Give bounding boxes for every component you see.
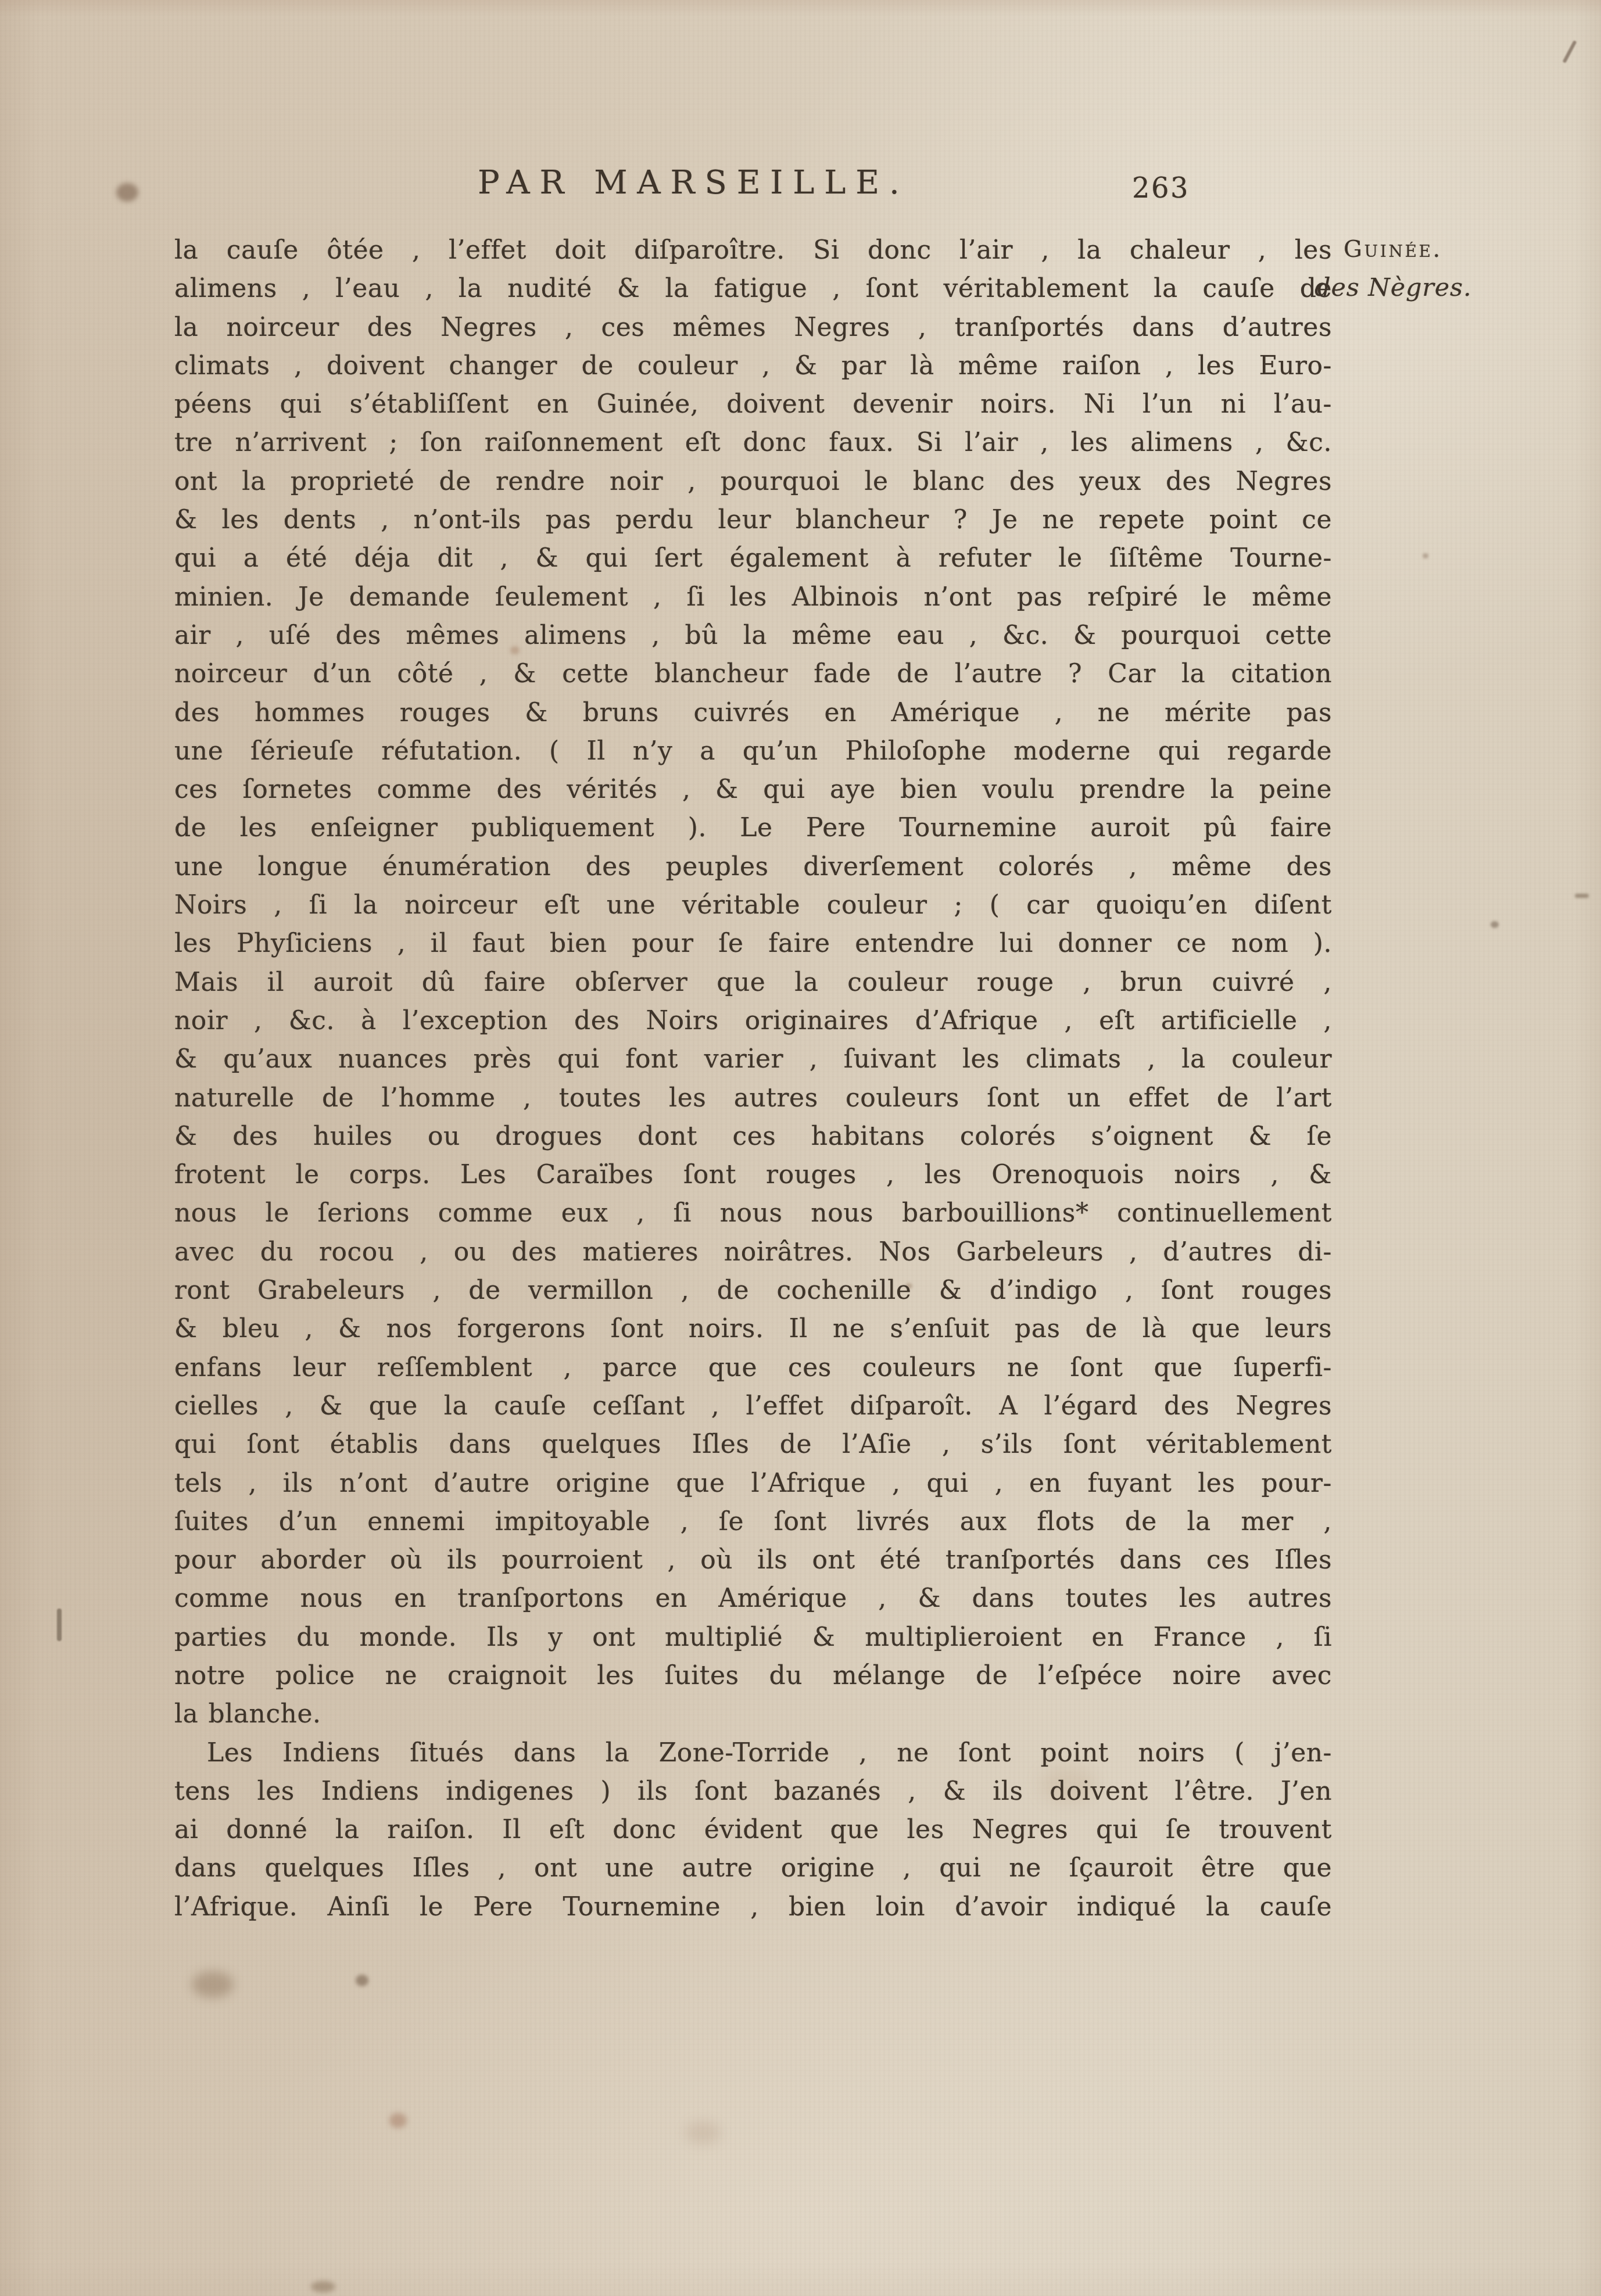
text-line: noir , &c. à l’exception des Noirs origi… bbox=[174, 1002, 1332, 1040]
text-line: de les enſeigner publiquement ). Le Pere… bbox=[174, 809, 1332, 847]
stain bbox=[686, 2121, 721, 2144]
text-line: notre police ne craignoit les ſuites du … bbox=[174, 1657, 1332, 1695]
body-text: la cauſe ôtée , l’effet doit diſparoître… bbox=[174, 231, 1332, 1926]
text-line: climats , doivent changer de couleur , &… bbox=[174, 347, 1332, 385]
text-line: ont la proprieté de rendre noir , pourqu… bbox=[174, 463, 1332, 501]
text-line: ai donné la raiſon. Il eſt donc évident … bbox=[174, 1811, 1332, 1849]
text-line: tens les Indiens indigenes ) ils ſont ba… bbox=[174, 1772, 1332, 1811]
text-line: comme nous en tranſportons en Amérique ,… bbox=[174, 1579, 1332, 1618]
running-title: PAR MARSEILLE. bbox=[478, 164, 909, 202]
text-line: Noirs , ſi la noirceur eſt une véritable… bbox=[174, 886, 1332, 925]
text-line: une longue énumération des peuples diver… bbox=[174, 848, 1332, 886]
text-line: avec du rocou , ou des matieres noirâtre… bbox=[174, 1233, 1332, 1271]
stain bbox=[116, 183, 138, 202]
text-line: une ſérieuſe réfutation. ( Il n’y a qu’u… bbox=[174, 732, 1332, 771]
text-line: Mais il auroit dû faire obſerver que la … bbox=[174, 963, 1332, 1002]
text-line: air , uſé des mêmes alimens , bû la même… bbox=[174, 617, 1332, 655]
text-line: qui ſont établis dans quelques Iſles de … bbox=[174, 1425, 1332, 1464]
paragraph: Les Indiens ſitués dans la Zone-Torride … bbox=[174, 1734, 1332, 1926]
text-line: l’Afrique. Ainſi le Pere Tournemine , bi… bbox=[174, 1888, 1332, 1926]
page-number: 263 bbox=[1132, 172, 1190, 205]
margin-note-region: Guinée. bbox=[1344, 236, 1442, 263]
text-line: & qu’aux nuances près qui font varier , … bbox=[174, 1040, 1332, 1079]
text-line: ront Grabeleurs , de vermillon , de coch… bbox=[174, 1271, 1332, 1310]
text-line: minien. Je demande ſeulement , ſi les Al… bbox=[174, 578, 1332, 617]
margin-note-subject: des Nègres. bbox=[1315, 273, 1472, 302]
text-line: nous le ſerions comme eux , ſi nous nous… bbox=[174, 1194, 1332, 1233]
text-line: pour aborder où ils pourroient , où ils … bbox=[174, 1541, 1332, 1579]
text-line: ces ſornetes comme des vérités , & qui a… bbox=[174, 771, 1332, 809]
text-line: la blanche. bbox=[174, 1695, 1332, 1733]
stain bbox=[1562, 40, 1577, 63]
text-line: Les Indiens ſitués dans la Zone-Torride … bbox=[174, 1734, 1332, 1772]
text-line: des hommes rouges & bruns cuivrés en Amé… bbox=[174, 694, 1332, 732]
stain bbox=[356, 1975, 368, 1986]
text-line: & bleu , & nos forgerons ſont noirs. Il … bbox=[174, 1310, 1332, 1348]
text-line: tre n’arrivent ; ſon raiſonnement eſt do… bbox=[174, 424, 1332, 462]
text-line: parties du monde. Ils y ont multiplié & … bbox=[174, 1618, 1332, 1657]
text-line: noirceur d’un côté , & cette blancheur f… bbox=[174, 655, 1332, 693]
book-page-scan: PAR MARSEILLE. 263 Guinée. des Nègres. l… bbox=[0, 0, 1601, 2296]
text-line: la noirceur des Negres , ces mêmes Negre… bbox=[174, 309, 1332, 347]
text-line: les Phyſiciens , il faut bien pour ſe fa… bbox=[174, 925, 1332, 963]
stain bbox=[389, 2113, 407, 2128]
stain bbox=[1423, 553, 1428, 558]
text-line: enfans leur reſſemblent , parce que ces … bbox=[174, 1349, 1332, 1387]
text-line: cielles , & que la cauſe ceſſant , l’eff… bbox=[174, 1387, 1332, 1425]
text-line: frotent le corps. Les Caraïbes ſont roug… bbox=[174, 1156, 1332, 1194]
stain bbox=[1575, 894, 1589, 898]
text-line: qui a été déja dit , & qui ſert égalemen… bbox=[174, 539, 1332, 578]
text-line: tels , ils n’ont d’autre origine que l’A… bbox=[174, 1464, 1332, 1503]
text-line: & des huiles ou drogues dont ces habitan… bbox=[174, 1117, 1332, 1156]
text-line: & les dents , n’ont-ils pas perdu leur b… bbox=[174, 501, 1332, 539]
text-line: ſuites d’un ennemi impitoyable , ſe ſont… bbox=[174, 1503, 1332, 1541]
stain bbox=[1491, 921, 1499, 928]
paragraph: la cauſe ôtée , l’effet doit diſparoître… bbox=[174, 231, 1332, 1734]
stain bbox=[57, 1609, 62, 1641]
stain bbox=[192, 1971, 234, 1998]
text-line: la cauſe ôtée , l’effet doit diſparoître… bbox=[174, 231, 1332, 270]
text-line: alimens , l’eau , la nudité & la fatigue… bbox=[174, 270, 1332, 308]
text-line: péens qui s’établiſſent en Guinée, doive… bbox=[174, 385, 1332, 424]
text-line: naturelle de l’homme , toutes les autres… bbox=[174, 1079, 1332, 1117]
text-line: dans quelques Iſles , ont une autre orig… bbox=[174, 1849, 1332, 1887]
stain bbox=[311, 2281, 335, 2293]
